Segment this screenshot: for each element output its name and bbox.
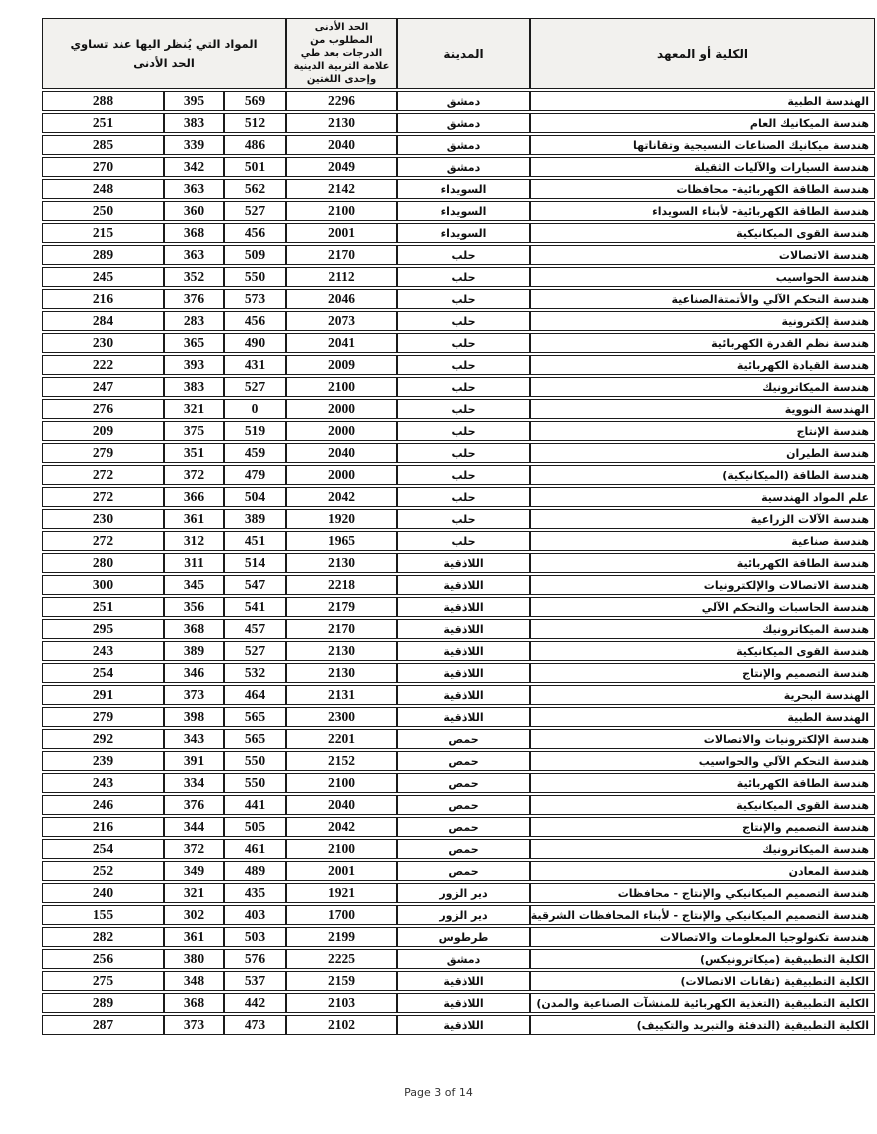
table-row: الكلية التطبيقية (ميكاترونيكس) دمشق 2225…	[42, 949, 875, 969]
tie-subject-1-cell: 505	[224, 817, 286, 837]
college-cell: هندسة الطاقة الكهربائية	[530, 553, 875, 573]
table-row: هندسة التحكم الآلي والحواسيب حمص 2152 55…	[42, 751, 875, 771]
college-cell: الكلية التطبيقية (تقانات الاتصالات)	[530, 971, 875, 991]
tie-subject-3-cell: 275	[42, 971, 164, 991]
table-row: هندسة الطاقة الكهربائية حمص 2100 550 334…	[42, 773, 875, 793]
tie-subject-3-cell: 300	[42, 575, 164, 595]
table-row: الهندسة الطبية اللاذقية 2300 565 398 279	[42, 707, 875, 727]
min-score-cell: 2100	[286, 201, 397, 221]
college-cell: هندسة التحكم الآلي والأتمتةالصناعية	[530, 289, 875, 309]
city-cell: حمص	[397, 751, 530, 771]
min-score-cell: 2170	[286, 245, 397, 265]
column-header-tie-subjects: المواد التي يُنظر اليها عند تساوي الحد ا…	[42, 18, 286, 89]
college-cell: هندسة الإلكترونيات والاتصالات	[530, 729, 875, 749]
tie-subject-3-cell: 216	[42, 289, 164, 309]
table-row: هندسة تكنولوجيا المعلومات والاتصالات طرط…	[42, 927, 875, 947]
tie-subject-2-cell: 351	[164, 443, 224, 463]
tie-subject-3-cell: 246	[42, 795, 164, 815]
city-cell: السويداء	[397, 179, 530, 199]
table-row: علم المواد الهندسية حلب 2042 504 366 272	[42, 487, 875, 507]
city-cell: اللاذقية	[397, 685, 530, 705]
college-cell: الهندسة الطبية	[530, 91, 875, 111]
city-cell: طرطوس	[397, 927, 530, 947]
tie-subject-1-cell: 550	[224, 751, 286, 771]
table-row: هندسة الاتصالات حلب 2170 509 363 289	[42, 245, 875, 265]
table-row: هندسة ميكانيك الصناعات النسيجية وتقاناته…	[42, 135, 875, 155]
city-cell: حلب	[397, 245, 530, 265]
college-cell: هندسة التصميم الميكانيكي والإنتاج - محاف…	[530, 883, 875, 903]
city-cell: اللاذقية	[397, 641, 530, 661]
city-cell: اللاذقية	[397, 707, 530, 727]
table-row: هندسة الحواسيب حلب 2112 550 352 245	[42, 267, 875, 287]
college-cell: هندسة الإنتاج	[530, 421, 875, 441]
table-row: هندسة التحكم الآلي والأتمتةالصناعية حلب …	[42, 289, 875, 309]
min-score-cell: 2112	[286, 267, 397, 287]
college-cell: الكلية التطبيقية (التدفئة والتبريد والتك…	[530, 1015, 875, 1035]
min-score-cell: 2000	[286, 465, 397, 485]
tie-subject-3-cell: 215	[42, 223, 164, 243]
min-score-cell: 2046	[286, 289, 397, 309]
college-cell: هندسة التحكم الآلي والحواسيب	[530, 751, 875, 771]
table-row: هندسة التصميم والإنتاج اللاذقية 2130 532…	[42, 663, 875, 683]
college-cell: الهندسة الطبية	[530, 707, 875, 727]
city-cell: حلب	[397, 399, 530, 419]
tie-subject-2-cell: 368	[164, 223, 224, 243]
tie-subject-2-cell: 361	[164, 927, 224, 947]
city-cell: اللاذقية	[397, 619, 530, 639]
tie-subject-3-cell: 279	[42, 707, 164, 727]
tie-subject-1-cell: 541	[224, 597, 286, 617]
min-score-cell: 2073	[286, 311, 397, 331]
city-cell: حلب	[397, 311, 530, 331]
tie-subject-1-cell: 576	[224, 949, 286, 969]
tie-subject-2-cell: 376	[164, 289, 224, 309]
tie-subject-2-cell: 311	[164, 553, 224, 573]
table-row: الكلية التطبيقية (التغذية الكهربائية للم…	[42, 993, 875, 1013]
college-cell: الكلية التطبيقية (ميكاترونيكس)	[530, 949, 875, 969]
tie-subject-2-cell: 375	[164, 421, 224, 441]
tie-subject-2-cell: 312	[164, 531, 224, 551]
college-cell: هندسة نظم القدرة الكهربائية	[530, 333, 875, 353]
tie-subject-1-cell: 519	[224, 421, 286, 441]
tie-subject-3-cell: 270	[42, 157, 164, 177]
table-row: هندسة الميكاترونيك حمص 2100 461 372 254	[42, 839, 875, 859]
min-score-cell: 2041	[286, 333, 397, 353]
tie-subject-2-cell: 352	[164, 267, 224, 287]
college-cell: هندسة الميكانيك العام	[530, 113, 875, 133]
min-score-cell: 2009	[286, 355, 397, 375]
tie-subject-1-cell: 441	[224, 795, 286, 815]
tie-subject-1-cell: 565	[224, 707, 286, 727]
tie-subject-1-cell: 527	[224, 641, 286, 661]
college-cell: هندسة الطاقة الكهربائية- محافظات	[530, 179, 875, 199]
tie-subject-3-cell: 155	[42, 905, 164, 925]
min-score-cell: 2142	[286, 179, 397, 199]
tie-subject-3-cell: 245	[42, 267, 164, 287]
table-row: هندسة الميكاترونيك اللاذقية 2170 457 368…	[42, 619, 875, 639]
tie-subject-1-cell: 565	[224, 729, 286, 749]
city-cell: حلب	[397, 267, 530, 287]
college-cell: هندسة الطاقة (الميكانيكية)	[530, 465, 875, 485]
min-score-cell: 2159	[286, 971, 397, 991]
min-score-cell: 2000	[286, 399, 397, 419]
college-cell: هندسة القيادة الكهربائية	[530, 355, 875, 375]
min-score-cell: 2199	[286, 927, 397, 947]
min-score-cell: 2130	[286, 663, 397, 683]
table-row: هندسة الطاقة (الميكانيكية) حلب 2000 479 …	[42, 465, 875, 485]
min-score-cell: 2100	[286, 839, 397, 859]
table-row: هندسة إلكترونية حلب 2073 456 283 284	[42, 311, 875, 331]
tie-subject-2-cell: 372	[164, 839, 224, 859]
min-score-cell: 2040	[286, 795, 397, 815]
tie-subject-2-cell: 363	[164, 179, 224, 199]
table-row: الهندسة النووية حلب 2000 0 321 276	[42, 399, 875, 419]
tie-subject-3-cell: 285	[42, 135, 164, 155]
tie-subject-1-cell: 461	[224, 839, 286, 859]
min-score-cell: 2100	[286, 377, 397, 397]
column-header-city: المدينة	[397, 18, 530, 89]
city-cell: حلب	[397, 377, 530, 397]
tie-subject-2-cell: 373	[164, 1015, 224, 1035]
city-cell: دير الزور	[397, 883, 530, 903]
table-row: الكلية التطبيقية (التدفئة والتبريد والتك…	[42, 1015, 875, 1035]
college-cell: هندسة الميكاترونيك	[530, 839, 875, 859]
tie-subject-3-cell: 230	[42, 333, 164, 353]
tie-subject-2-cell: 365	[164, 333, 224, 353]
college-cell: هندسة الحواسيب	[530, 267, 875, 287]
tie-subject-2-cell: 376	[164, 795, 224, 815]
tie-subject-3-cell: 280	[42, 553, 164, 573]
min-score-cell: 2103	[286, 993, 397, 1013]
table-row: الهندسة الطبية دمشق 2296 569 395 288	[42, 91, 875, 111]
min-score-cell: 2170	[286, 619, 397, 639]
city-cell: حمص	[397, 817, 530, 837]
tie-subject-3-cell: 256	[42, 949, 164, 969]
min-score-cell: 2102	[286, 1015, 397, 1035]
city-cell: دمشق	[397, 157, 530, 177]
city-cell: السويداء	[397, 223, 530, 243]
table-row: هندسة القوى الميكانيكية السويداء 2001 45…	[42, 223, 875, 243]
city-cell: حلب	[397, 421, 530, 441]
document-page: الكلية أو المعهد المدينة الحد الأدنى الم…	[0, 0, 877, 1134]
tie-subject-1-cell: 464	[224, 685, 286, 705]
tie-subject-1-cell: 509	[224, 245, 286, 265]
city-cell: حمص	[397, 729, 530, 749]
college-cell: هندسة صناعية	[530, 531, 875, 551]
tie-subject-3-cell: 247	[42, 377, 164, 397]
tie-subject-1-cell: 537	[224, 971, 286, 991]
tie-subject-1-cell: 573	[224, 289, 286, 309]
tie-subject-3-cell: 250	[42, 201, 164, 221]
college-cell: هندسة تكنولوجيا المعلومات والاتصالات	[530, 927, 875, 947]
table-row: الكلية التطبيقية (تقانات الاتصالات) اللا…	[42, 971, 875, 991]
header-row: الكلية أو المعهد المدينة الحد الأدنى الم…	[42, 18, 875, 89]
table-row: هندسة الإلكترونيات والاتصالات حمص 2201 5…	[42, 729, 875, 749]
tie-subject-2-cell: 346	[164, 663, 224, 683]
city-cell: اللاذقية	[397, 993, 530, 1013]
table-row: هندسة الإنتاج حلب 2000 519 375 209	[42, 421, 875, 441]
city-cell: اللاذقية	[397, 1015, 530, 1035]
college-cell: هندسة الميكاترونيك	[530, 619, 875, 639]
city-cell: دمشق	[397, 949, 530, 969]
college-cell: هندسة الآلات الزراعية	[530, 509, 875, 529]
tie-subject-2-cell: 321	[164, 399, 224, 419]
tie-subject-2-cell: 383	[164, 113, 224, 133]
table-row: هندسة الطاقة الكهربائية اللاذقية 2130 51…	[42, 553, 875, 573]
city-cell: حمص	[397, 839, 530, 859]
tie-subject-2-cell: 349	[164, 861, 224, 881]
table-row: هندسة الميكانيك العام دمشق 2130 512 383 …	[42, 113, 875, 133]
table-row: هندسة الآلات الزراعية حلب 1920 389 361 2…	[42, 509, 875, 529]
tie-subject-1-cell: 431	[224, 355, 286, 375]
tie-subject-3-cell: 276	[42, 399, 164, 419]
min-score-cell: 2300	[286, 707, 397, 727]
tie-subject-3-cell: 272	[42, 465, 164, 485]
tie-subject-2-cell: 283	[164, 311, 224, 331]
college-cell: هندسة التصميم الميكانيكي والإنتاج - لأبن…	[530, 905, 875, 925]
tie-subject-1-cell: 503	[224, 927, 286, 947]
tie-subject-2-cell: 321	[164, 883, 224, 903]
college-cell: علم المواد الهندسية	[530, 487, 875, 507]
min-score-cell: 2042	[286, 817, 397, 837]
tie-subject-3-cell: 254	[42, 663, 164, 683]
tie-subject-2-cell: 363	[164, 245, 224, 265]
tie-subject-3-cell: 272	[42, 531, 164, 551]
min-score-cell: 2218	[286, 575, 397, 595]
tie-subject-1-cell: 504	[224, 487, 286, 507]
city-cell: حلب	[397, 531, 530, 551]
tie-subject-2-cell: 342	[164, 157, 224, 177]
college-cell: الكلية التطبيقية (التغذية الكهربائية للم…	[530, 993, 875, 1013]
min-score-cell: 2131	[286, 685, 397, 705]
table-row: هندسة صناعية حلب 1965 451 312 272	[42, 531, 875, 551]
min-score-cell: 2225	[286, 949, 397, 969]
tie-subject-1-cell: 569	[224, 91, 286, 111]
tie-subject-3-cell: 295	[42, 619, 164, 639]
college-cell: هندسة القوى الميكانيكية	[530, 223, 875, 243]
tie-subject-2-cell: 368	[164, 619, 224, 639]
tie-subject-1-cell: 547	[224, 575, 286, 595]
city-cell: اللاذقية	[397, 575, 530, 595]
city-cell: حلب	[397, 289, 530, 309]
tie-subject-2-cell: 391	[164, 751, 224, 771]
tie-subject-1-cell: 456	[224, 223, 286, 243]
tie-subject-3-cell: 251	[42, 113, 164, 133]
city-cell: السويداء	[397, 201, 530, 221]
tie-subject-3-cell: 243	[42, 641, 164, 661]
table-row: هندسة نظم القدرة الكهربائية حلب 2041 490…	[42, 333, 875, 353]
table-row: هندسة القيادة الكهربائية حلب 2009 431 39…	[42, 355, 875, 375]
min-score-cell: 1921	[286, 883, 397, 903]
tie-subject-3-cell: 252	[42, 861, 164, 881]
tie-subject-2-cell: 366	[164, 487, 224, 507]
tie-subject-3-cell: 291	[42, 685, 164, 705]
city-cell: حلب	[397, 355, 530, 375]
college-cell: هندسة الطيران	[530, 443, 875, 463]
city-cell: اللاذقية	[397, 597, 530, 617]
city-cell: حلب	[397, 443, 530, 463]
tie-subject-2-cell: 361	[164, 509, 224, 529]
college-cell: هندسة الاتصالات والإلكترونيات	[530, 575, 875, 595]
page-number-footer: Page 3 of 14	[0, 1086, 877, 1099]
min-score-cell: 2100	[286, 773, 397, 793]
college-cell: الهندسة البحرية	[530, 685, 875, 705]
table-row: هندسة الطيران حلب 2040 459 351 279	[42, 443, 875, 463]
table-row: هندسة التصميم الميكانيكي والإنتاج - لأبن…	[42, 905, 875, 925]
tie-subject-1-cell: 527	[224, 377, 286, 397]
tie-subject-3-cell: 288	[42, 91, 164, 111]
college-cell: هندسة الطاقة الكهربائية- لأبناء السويداء	[530, 201, 875, 221]
tie-subject-1-cell: 514	[224, 553, 286, 573]
tie-subject-1-cell: 489	[224, 861, 286, 881]
tie-subject-1-cell: 0	[224, 399, 286, 419]
city-cell: اللاذقية	[397, 553, 530, 573]
tie-subject-3-cell: 289	[42, 245, 164, 265]
table-row: هندسة الميكاترونيك حلب 2100 527 383 247	[42, 377, 875, 397]
table-row: هندسة القوى الميكانيكية حمص 2040 441 376…	[42, 795, 875, 815]
college-cell: هندسة الحاسبات والتحكم الآلي	[530, 597, 875, 617]
tie-subject-1-cell: 550	[224, 773, 286, 793]
min-score-cell: 1965	[286, 531, 397, 551]
tie-subject-2-cell: 395	[164, 91, 224, 111]
city-cell: دمشق	[397, 91, 530, 111]
tie-subject-1-cell: 550	[224, 267, 286, 287]
tie-subject-3-cell: 243	[42, 773, 164, 793]
college-cell: الهندسة النووية	[530, 399, 875, 419]
min-score-cell: 2296	[286, 91, 397, 111]
tie-subject-3-cell: 287	[42, 1015, 164, 1035]
tie-subject-3-cell: 240	[42, 883, 164, 903]
table-row: هندسة القوى الميكانيكية اللاذقية 2130 52…	[42, 641, 875, 661]
min-score-cell: 1920	[286, 509, 397, 529]
tie-subject-1-cell: 459	[224, 443, 286, 463]
column-header-college: الكلية أو المعهد	[530, 18, 875, 89]
min-score-cell: 2001	[286, 223, 397, 243]
min-score-cell: 2040	[286, 135, 397, 155]
tie-subject-1-cell: 562	[224, 179, 286, 199]
tie-subject-2-cell: 393	[164, 355, 224, 375]
city-cell: اللاذقية	[397, 971, 530, 991]
tie-subject-1-cell: 456	[224, 311, 286, 331]
tie-subject-1-cell: 486	[224, 135, 286, 155]
min-score-cell: 1700	[286, 905, 397, 925]
tie-subject-1-cell: 457	[224, 619, 286, 639]
college-cell: هندسة التصميم والإنتاج	[530, 817, 875, 837]
tie-subject-2-cell: 345	[164, 575, 224, 595]
min-score-cell: 2130	[286, 641, 397, 661]
college-cell: هندسة القوى الميكانيكية	[530, 641, 875, 661]
tie-subject-3-cell: 289	[42, 993, 164, 1013]
tie-subject-2-cell: 372	[164, 465, 224, 485]
table-body: الهندسة الطبية دمشق 2296 569 395 288 هند…	[42, 91, 875, 1035]
city-cell: دمشق	[397, 113, 530, 133]
tie-subject-2-cell: 334	[164, 773, 224, 793]
tie-subject-3-cell: 230	[42, 509, 164, 529]
min-score-cell: 2000	[286, 421, 397, 441]
city-cell: حلب	[397, 465, 530, 485]
tie-subject-1-cell: 501	[224, 157, 286, 177]
min-score-cell: 2049	[286, 157, 397, 177]
tie-subject-1-cell: 442	[224, 993, 286, 1013]
tie-subject-1-cell: 403	[224, 905, 286, 925]
city-cell: حمص	[397, 795, 530, 815]
tie-subject-1-cell: 512	[224, 113, 286, 133]
tie-subject-3-cell: 251	[42, 597, 164, 617]
tie-subject-3-cell: 222	[42, 355, 164, 375]
tie-subject-1-cell: 451	[224, 531, 286, 551]
college-cell: هندسة المعادن	[530, 861, 875, 881]
tie-subject-3-cell: 216	[42, 817, 164, 837]
tie-subject-1-cell: 490	[224, 333, 286, 353]
tie-subject-2-cell: 302	[164, 905, 224, 925]
tie-subject-2-cell: 339	[164, 135, 224, 155]
college-cell: هندسة التصميم والإنتاج	[530, 663, 875, 683]
college-cell: هندسة الميكاترونيك	[530, 377, 875, 397]
tie-subject-1-cell: 473	[224, 1015, 286, 1035]
tie-subject-2-cell: 344	[164, 817, 224, 837]
college-cell: هندسة ميكانيك الصناعات النسيجية وتقاناته…	[530, 135, 875, 155]
table-header: الكلية أو المعهد المدينة الحد الأدنى الم…	[42, 18, 875, 89]
city-cell: حلب	[397, 487, 530, 507]
tie-subject-3-cell: 272	[42, 487, 164, 507]
tie-subject-2-cell: 380	[164, 949, 224, 969]
city-cell: حمص	[397, 861, 530, 881]
table-row: هندسة الطاقة الكهربائية- محافظات السويدا…	[42, 179, 875, 199]
tie-subject-2-cell: 343	[164, 729, 224, 749]
tie-subject-1-cell: 435	[224, 883, 286, 903]
min-score-cell: 2130	[286, 553, 397, 573]
tie-subject-3-cell: 282	[42, 927, 164, 947]
table-row: هندسة الطاقة الكهربائية- لأبناء السويداء…	[42, 201, 875, 221]
tie-subject-2-cell: 348	[164, 971, 224, 991]
college-cell: هندسة الاتصالات	[530, 245, 875, 265]
college-cell: هندسة إلكترونية	[530, 311, 875, 331]
college-cell: هندسة الطاقة الكهربائية	[530, 773, 875, 793]
table-row: هندسة الحاسبات والتحكم الآلي اللاذقية 21…	[42, 597, 875, 617]
tie-subject-3-cell: 292	[42, 729, 164, 749]
min-score-cell: 2001	[286, 861, 397, 881]
city-cell: حلب	[397, 333, 530, 353]
tie-subject-2-cell: 360	[164, 201, 224, 221]
min-score-cell: 2040	[286, 443, 397, 463]
table-row: هندسة المعادن حمص 2001 489 349 252	[42, 861, 875, 881]
tie-subject-3-cell: 248	[42, 179, 164, 199]
city-cell: دمشق	[397, 135, 530, 155]
tie-subject-2-cell: 356	[164, 597, 224, 617]
city-cell: حمص	[397, 773, 530, 793]
tie-subject-1-cell: 389	[224, 509, 286, 529]
tie-subject-2-cell: 373	[164, 685, 224, 705]
table-row: هندسة الاتصالات والإلكترونيات اللاذقية 2…	[42, 575, 875, 595]
tie-subject-3-cell: 284	[42, 311, 164, 331]
min-score-cell: 2042	[286, 487, 397, 507]
tie-subject-1-cell: 527	[224, 201, 286, 221]
tie-subject-1-cell: 532	[224, 663, 286, 683]
tie-subject-2-cell: 368	[164, 993, 224, 1013]
city-cell: دير الزور	[397, 905, 530, 925]
admission-minimums-table: الكلية أو المعهد المدينة الحد الأدنى الم…	[42, 16, 875, 1037]
table-row: هندسة السيارات والآليات الثقيلة دمشق 204…	[42, 157, 875, 177]
min-score-cell: 2130	[286, 113, 397, 133]
tie-subject-2-cell: 398	[164, 707, 224, 727]
tie-subject-3-cell: 239	[42, 751, 164, 771]
tie-subject-1-cell: 479	[224, 465, 286, 485]
college-cell: هندسة السيارات والآليات الثقيلة	[530, 157, 875, 177]
column-header-min-score: الحد الأدنى المطلوب من الدرجات بعد طي عل…	[286, 18, 397, 89]
min-score-cell: 2201	[286, 729, 397, 749]
city-cell: اللاذقية	[397, 663, 530, 683]
tie-subject-3-cell: 254	[42, 839, 164, 859]
